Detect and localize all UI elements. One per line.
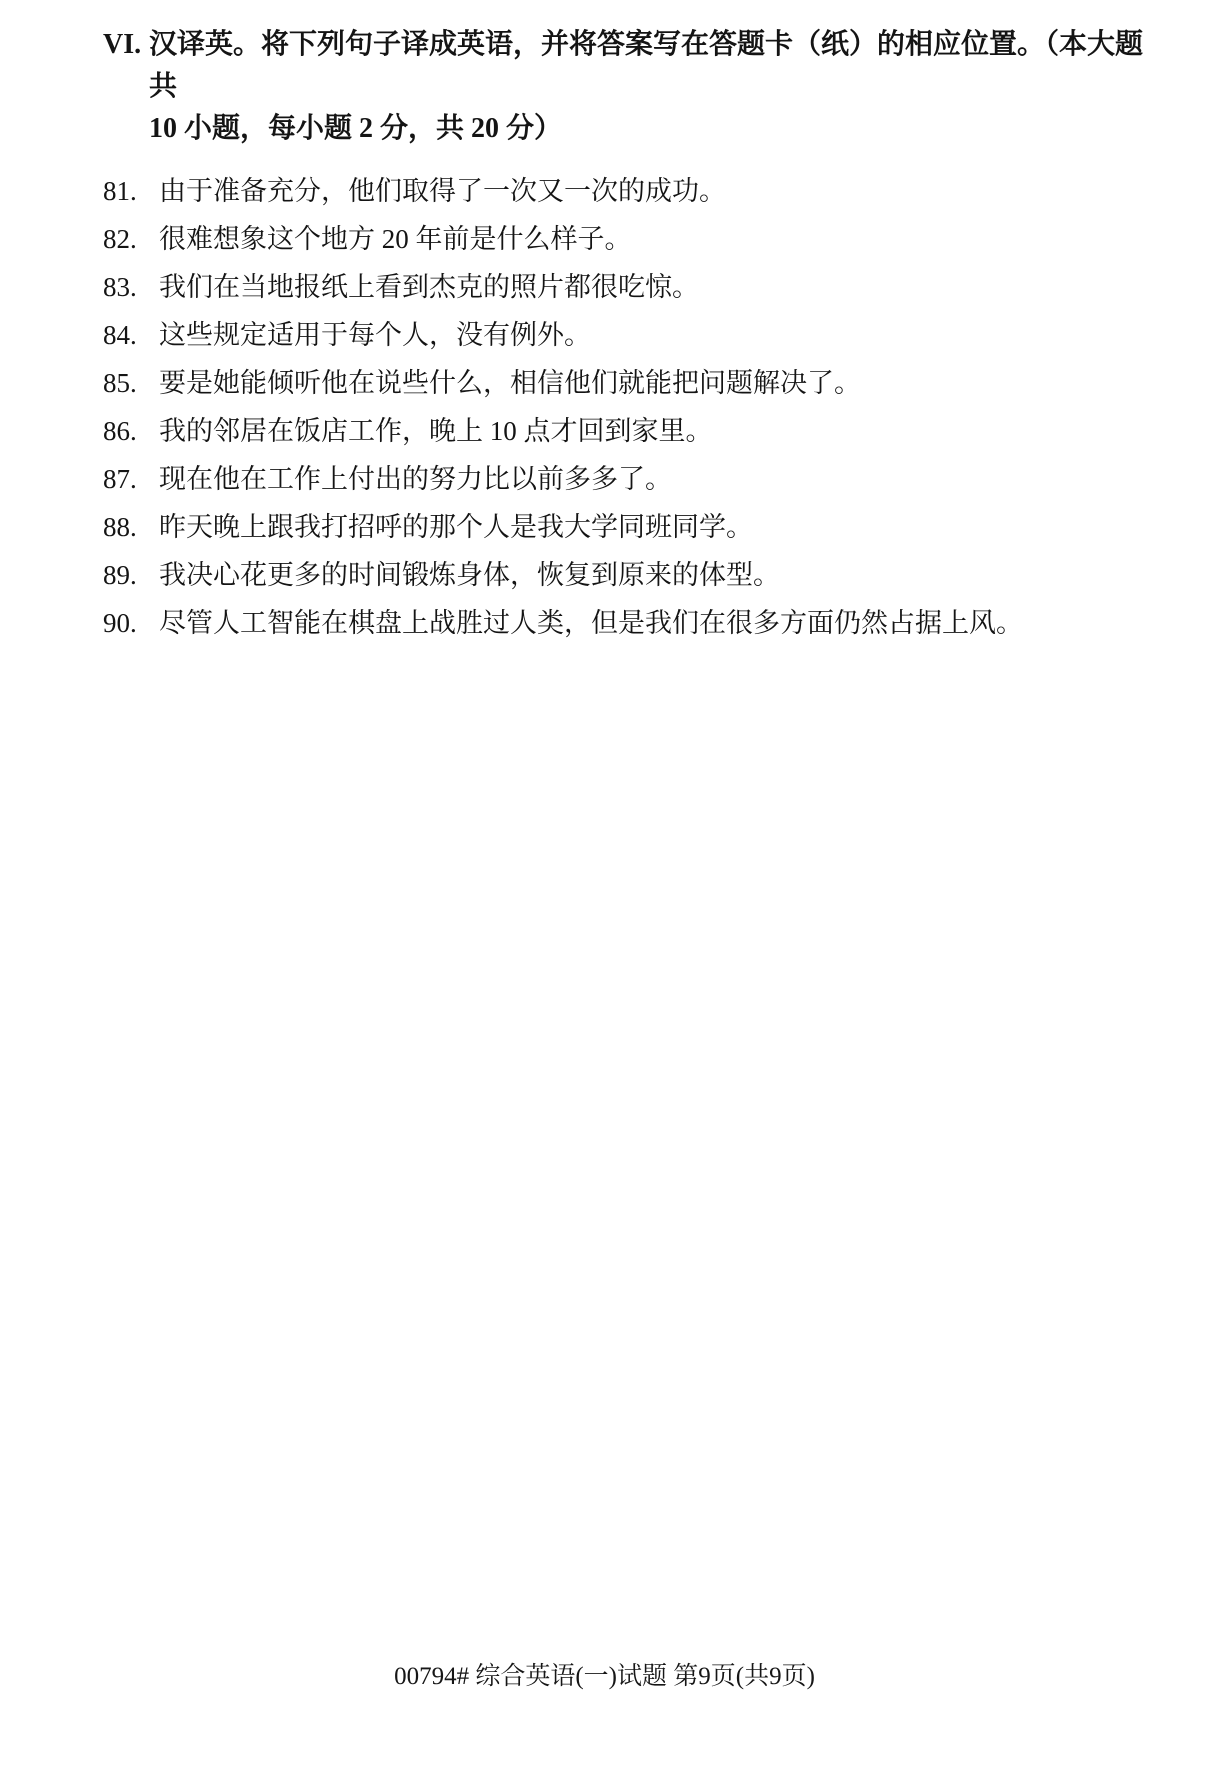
question-row: 81. 由于准备充分，他们取得了一次又一次的成功。 (103, 176, 1149, 206)
question-number: 88. (103, 512, 159, 542)
section-number: VI. (103, 24, 149, 66)
question-row: 82. 很难想象这个地方 20 年前是什么样子。 (103, 224, 1149, 254)
question-number: 89. (103, 560, 159, 590)
question-text: 尽管人工智能在棋盘上战胜过人类，但是我们在很多方面仍然占据上风。 (159, 608, 1149, 638)
question-text: 很难想象这个地方 20 年前是什么样子。 (159, 224, 1149, 254)
question-number: 84. (103, 320, 159, 350)
question-text: 我决心花更多的时间锻炼身体，恢复到原来的体型。 (159, 560, 1149, 590)
question-text: 由于准备充分，他们取得了一次又一次的成功。 (159, 176, 1149, 206)
page-footer: 00794# 综合英语(一)试题 第9页(共9页) (0, 1662, 1209, 1692)
section-title: 汉译英。将下列句子译成英语，并将答案写在答题卡（纸）的相应位置。（本大题共 10… (149, 24, 1169, 150)
question-row: 89. 我决心花更多的时间锻炼身体，恢复到原来的体型。 (103, 560, 1149, 590)
question-text: 要是她能倾听他在说些什么，相信他们就能把问题解决了。 (159, 368, 1149, 398)
question-number: 86. (103, 416, 159, 446)
question-number: 82. (103, 224, 159, 254)
section-header: VI. 汉译英。将下列句子译成英语，并将答案写在答题卡（纸）的相应位置。（本大题… (0, 0, 1209, 150)
question-text: 昨天晚上跟我打招呼的那个人是我大学同班同学。 (159, 512, 1149, 542)
question-row: 86. 我的邻居在饭店工作，晚上 10 点才回到家里。 (103, 416, 1149, 446)
question-row: 83. 我们在当地报纸上看到杰克的照片都很吃惊。 (103, 272, 1149, 302)
question-text: 这些规定适用于每个人，没有例外。 (159, 320, 1149, 350)
section-title-line2: 10 小题，每小题 2 分，共 20 分） (149, 113, 562, 144)
question-text: 现在他在工作上付出的努力比以前多多了。 (159, 464, 1149, 494)
question-row: 87. 现在他在工作上付出的努力比以前多多了。 (103, 464, 1149, 494)
section-title-line1: 汉译英。将下列句子译成英语，并将答案写在答题卡（纸）的相应位置。（本大题共 (149, 29, 1143, 102)
question-number: 85. (103, 368, 159, 398)
question-row: 84. 这些规定适用于每个人，没有例外。 (103, 320, 1149, 350)
question-list: 81. 由于准备充分，他们取得了一次又一次的成功。 82. 很难想象这个地方 2… (0, 176, 1209, 638)
question-number: 87. (103, 464, 159, 494)
question-number: 83. (103, 272, 159, 302)
question-text: 我们在当地报纸上看到杰克的照片都很吃惊。 (159, 272, 1149, 302)
question-number: 90. (103, 608, 159, 638)
exam-page: VI. 汉译英。将下列句子译成英语，并将答案写在答题卡（纸）的相应位置。（本大题… (0, 0, 1209, 1779)
question-row: 88. 昨天晚上跟我打招呼的那个人是我大学同班同学。 (103, 512, 1149, 542)
question-row: 85. 要是她能倾听他在说些什么，相信他们就能把问题解决了。 (103, 368, 1149, 398)
question-number: 81. (103, 176, 159, 206)
question-row: 90. 尽管人工智能在棋盘上战胜过人类，但是我们在很多方面仍然占据上风。 (103, 608, 1149, 638)
question-text: 我的邻居在饭店工作，晚上 10 点才回到家里。 (159, 416, 1149, 446)
